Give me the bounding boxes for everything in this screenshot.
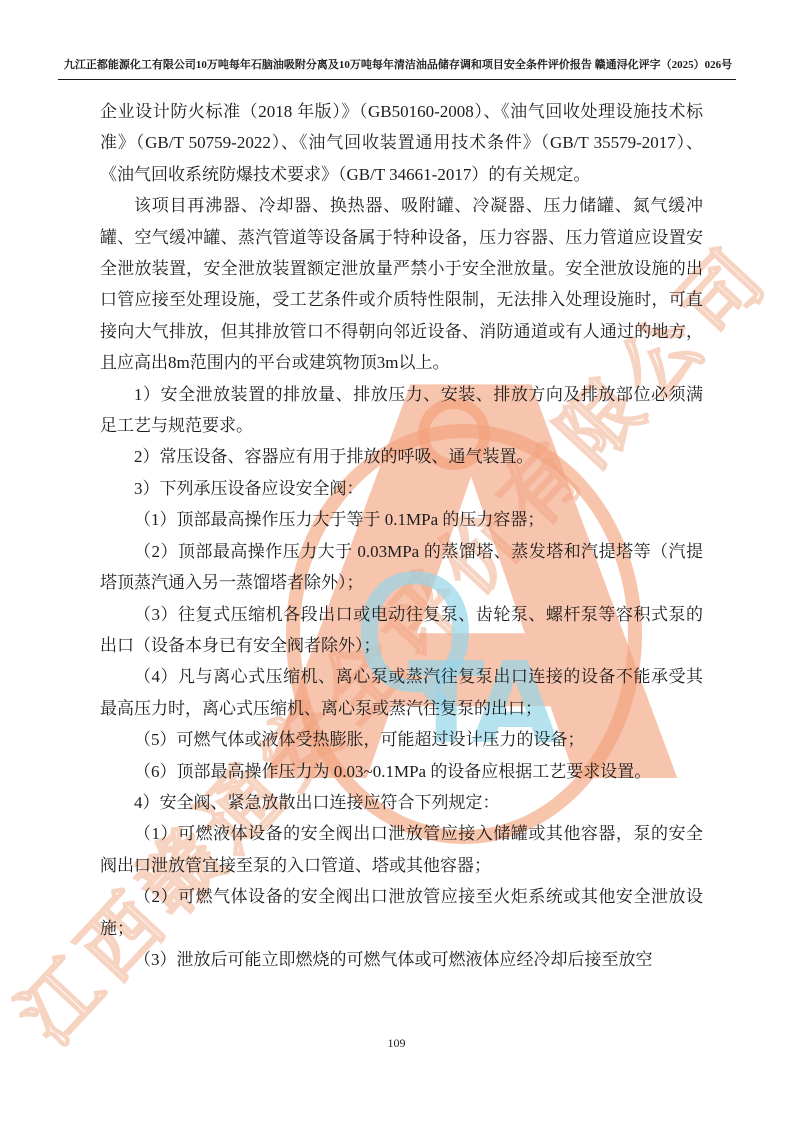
body-paragraph: （2）可燃气体设备的安全阀出口泄放管应接至火炬系统或其他安全泄放设施； bbox=[100, 881, 703, 944]
page-number: 109 bbox=[0, 1036, 793, 1051]
body-paragraph: （1）可燃液体设备的安全阀出口泄放管应接入储罐或其他容器，泵的安全阀出口泄放管宜… bbox=[100, 818, 703, 881]
body-text: 企业设计防火标准（2018 年版）》（GB50160-2008）、《油气回收处理… bbox=[100, 96, 703, 975]
body-paragraph: （3）泄放后可能立即燃烧的可燃气体或可燃液体应经冷却后接至放空 bbox=[100, 944, 703, 975]
body-paragraph: （6）顶部最高操作压力为 0.03~0.1MPa 的设备应根据工艺要求设置。 bbox=[100, 756, 703, 787]
body-paragraph: （3）往复式压缩机各段出口或电动往复泵、齿轮泵、螺杆泵等容积式泵的出口（设备本身… bbox=[100, 599, 703, 662]
body-paragraph: （4）凡与离心式压缩机、离心泵或蒸汽往复泵出口连接的设备不能承受其最高压力时，离… bbox=[100, 661, 703, 724]
header-divider bbox=[58, 79, 736, 80]
body-paragraph: （1）顶部最高操作压力大于等于 0.1MPa 的压力容器； bbox=[100, 504, 703, 535]
body-paragraph: 该项目再沸器、冷却器、换热器、吸附罐、冷凝器、压力储罐、氮气缓冲罐、空气缓冲罐、… bbox=[100, 190, 703, 378]
body-paragraph: 2）常压设备、容器应有用于排放的呼吸、通气装置。 bbox=[100, 441, 703, 472]
report-header: 九江正都能源化工有限公司10万吨每年石脑油吸附分离及10万吨每年清洁油品储存调和… bbox=[57, 56, 739, 72]
body-paragraph: （5）可燃气体或液体受热膨胀，可能超过设计压力的设备； bbox=[100, 724, 703, 755]
body-paragraph: 4）安全阀、紧急放散出口连接应符合下列规定： bbox=[100, 787, 703, 818]
document-page: 江西赣通安全评价有限公司 A Q TA 九江正都能源化工有限公司10万吨每年石脑… bbox=[0, 0, 793, 1122]
body-paragraph: 企业设计防火标准（2018 年版）》（GB50160-2008）、《油气回收处理… bbox=[100, 96, 703, 190]
body-paragraph: 3）下列承压设备应设安全阀： bbox=[100, 473, 703, 504]
body-paragraph: 1）安全泄放装置的排放量、排放压力、安装、排放方向及排放部位必须满足工艺与规范要… bbox=[100, 379, 703, 442]
body-paragraph: （2）顶部最高操作压力大于 0.03MPa 的蒸馏塔、蒸发塔和汽提塔等（汽提塔顶… bbox=[100, 536, 703, 599]
